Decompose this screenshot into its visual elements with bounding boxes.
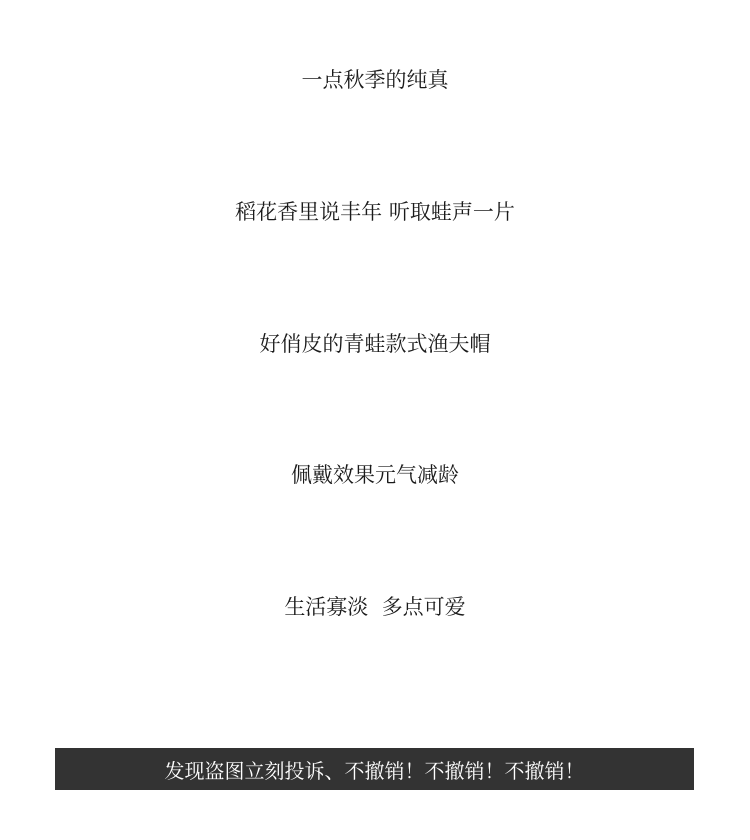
text-line-2: 稻花香里说丰年 听取蛙声一片 xyxy=(0,197,750,227)
text-line-5: 生活寡淡 多点可爱 xyxy=(0,592,750,622)
anti-theft-banner: 发现盗图立刻投诉、不撤销！不撤销！不撤销！ xyxy=(55,748,694,790)
text-line-1: 一点秋季的纯真 xyxy=(0,65,750,95)
text-line-3: 好俏皮的青蛙款式渔夫帽 xyxy=(0,329,750,359)
text-line-4: 佩戴效果元气减龄 xyxy=(0,460,750,490)
banner-text: 发现盗图立刻投诉、不撤销！不撤销！不撤销！ xyxy=(165,755,585,784)
